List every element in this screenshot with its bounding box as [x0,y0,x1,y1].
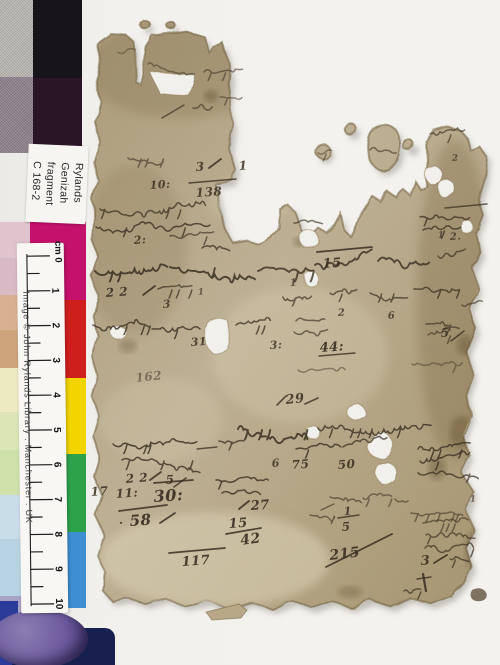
ink-numeral: 3: [269,338,283,352]
ink-numeral: 15 [228,516,248,532]
ink-numeral: 1 [438,231,445,241]
ink-numeral: 3 [195,159,205,174]
ruler-number: 3 [50,357,61,363]
ruler: 12345678910 cm 0 Image © John Rylands Li… [0,0,110,665]
ink-numeral: 29 [284,391,306,408]
ink-numeral: . [118,513,124,527]
ink-numeral: 50 [337,457,356,472]
ink-numeral: 2 2 [124,470,148,486]
ink-numeral: 1 [238,158,248,173]
ink-numeral: 2 [451,154,459,165]
ruler-number: 5 [51,427,62,433]
ruler-number: 10 [53,598,64,610]
ruler-origin-label: cm 0 [52,241,63,263]
ink-numeral: 2: [132,233,147,247]
ink-numeral: 11: [115,485,139,501]
ink-numeral: 75 [291,457,310,472]
ink-numeral: 1 [289,277,297,288]
dark-debris [471,588,487,601]
ruler-number: 1 [49,288,60,294]
paper-shading [83,15,495,655]
ink-numeral: 2 [336,307,345,319]
ink-numeral: 138 [195,184,223,200]
ink-numeral: 10: [149,178,171,192]
ink-numeral: 6 [387,310,395,321]
ink-numeral: 6 [271,456,280,470]
ink-numeral: 1 [470,495,477,505]
ink-numeral: 58 [129,511,152,530]
ink-numeral: 31 [190,335,207,349]
ink-numeral: 117 [181,553,211,570]
ruler-number: 8 [52,531,63,537]
ink-numeral: 5 [341,519,351,534]
ruler-number: 7 [52,497,63,503]
ink-numeral: 42 [239,530,262,549]
ink-numeral: 3 [420,553,431,569]
ink-numeral: 3 [162,297,171,311]
ink-numeral: 30: [153,485,184,506]
ruler-number: 4 [51,392,62,398]
ink-numeral: 27 [249,498,270,514]
ink-numeral: 2. [448,231,461,243]
ink-numeral: 162 [135,368,163,385]
manuscript-photo: RylandsGenizahfragmentC 168-2 [0,0,500,665]
ruler-number: 9 [53,566,64,572]
ruler-number: 2 [50,323,61,329]
ink-numeral: 1 [198,288,205,298]
ruler-number: 6 [51,462,62,468]
